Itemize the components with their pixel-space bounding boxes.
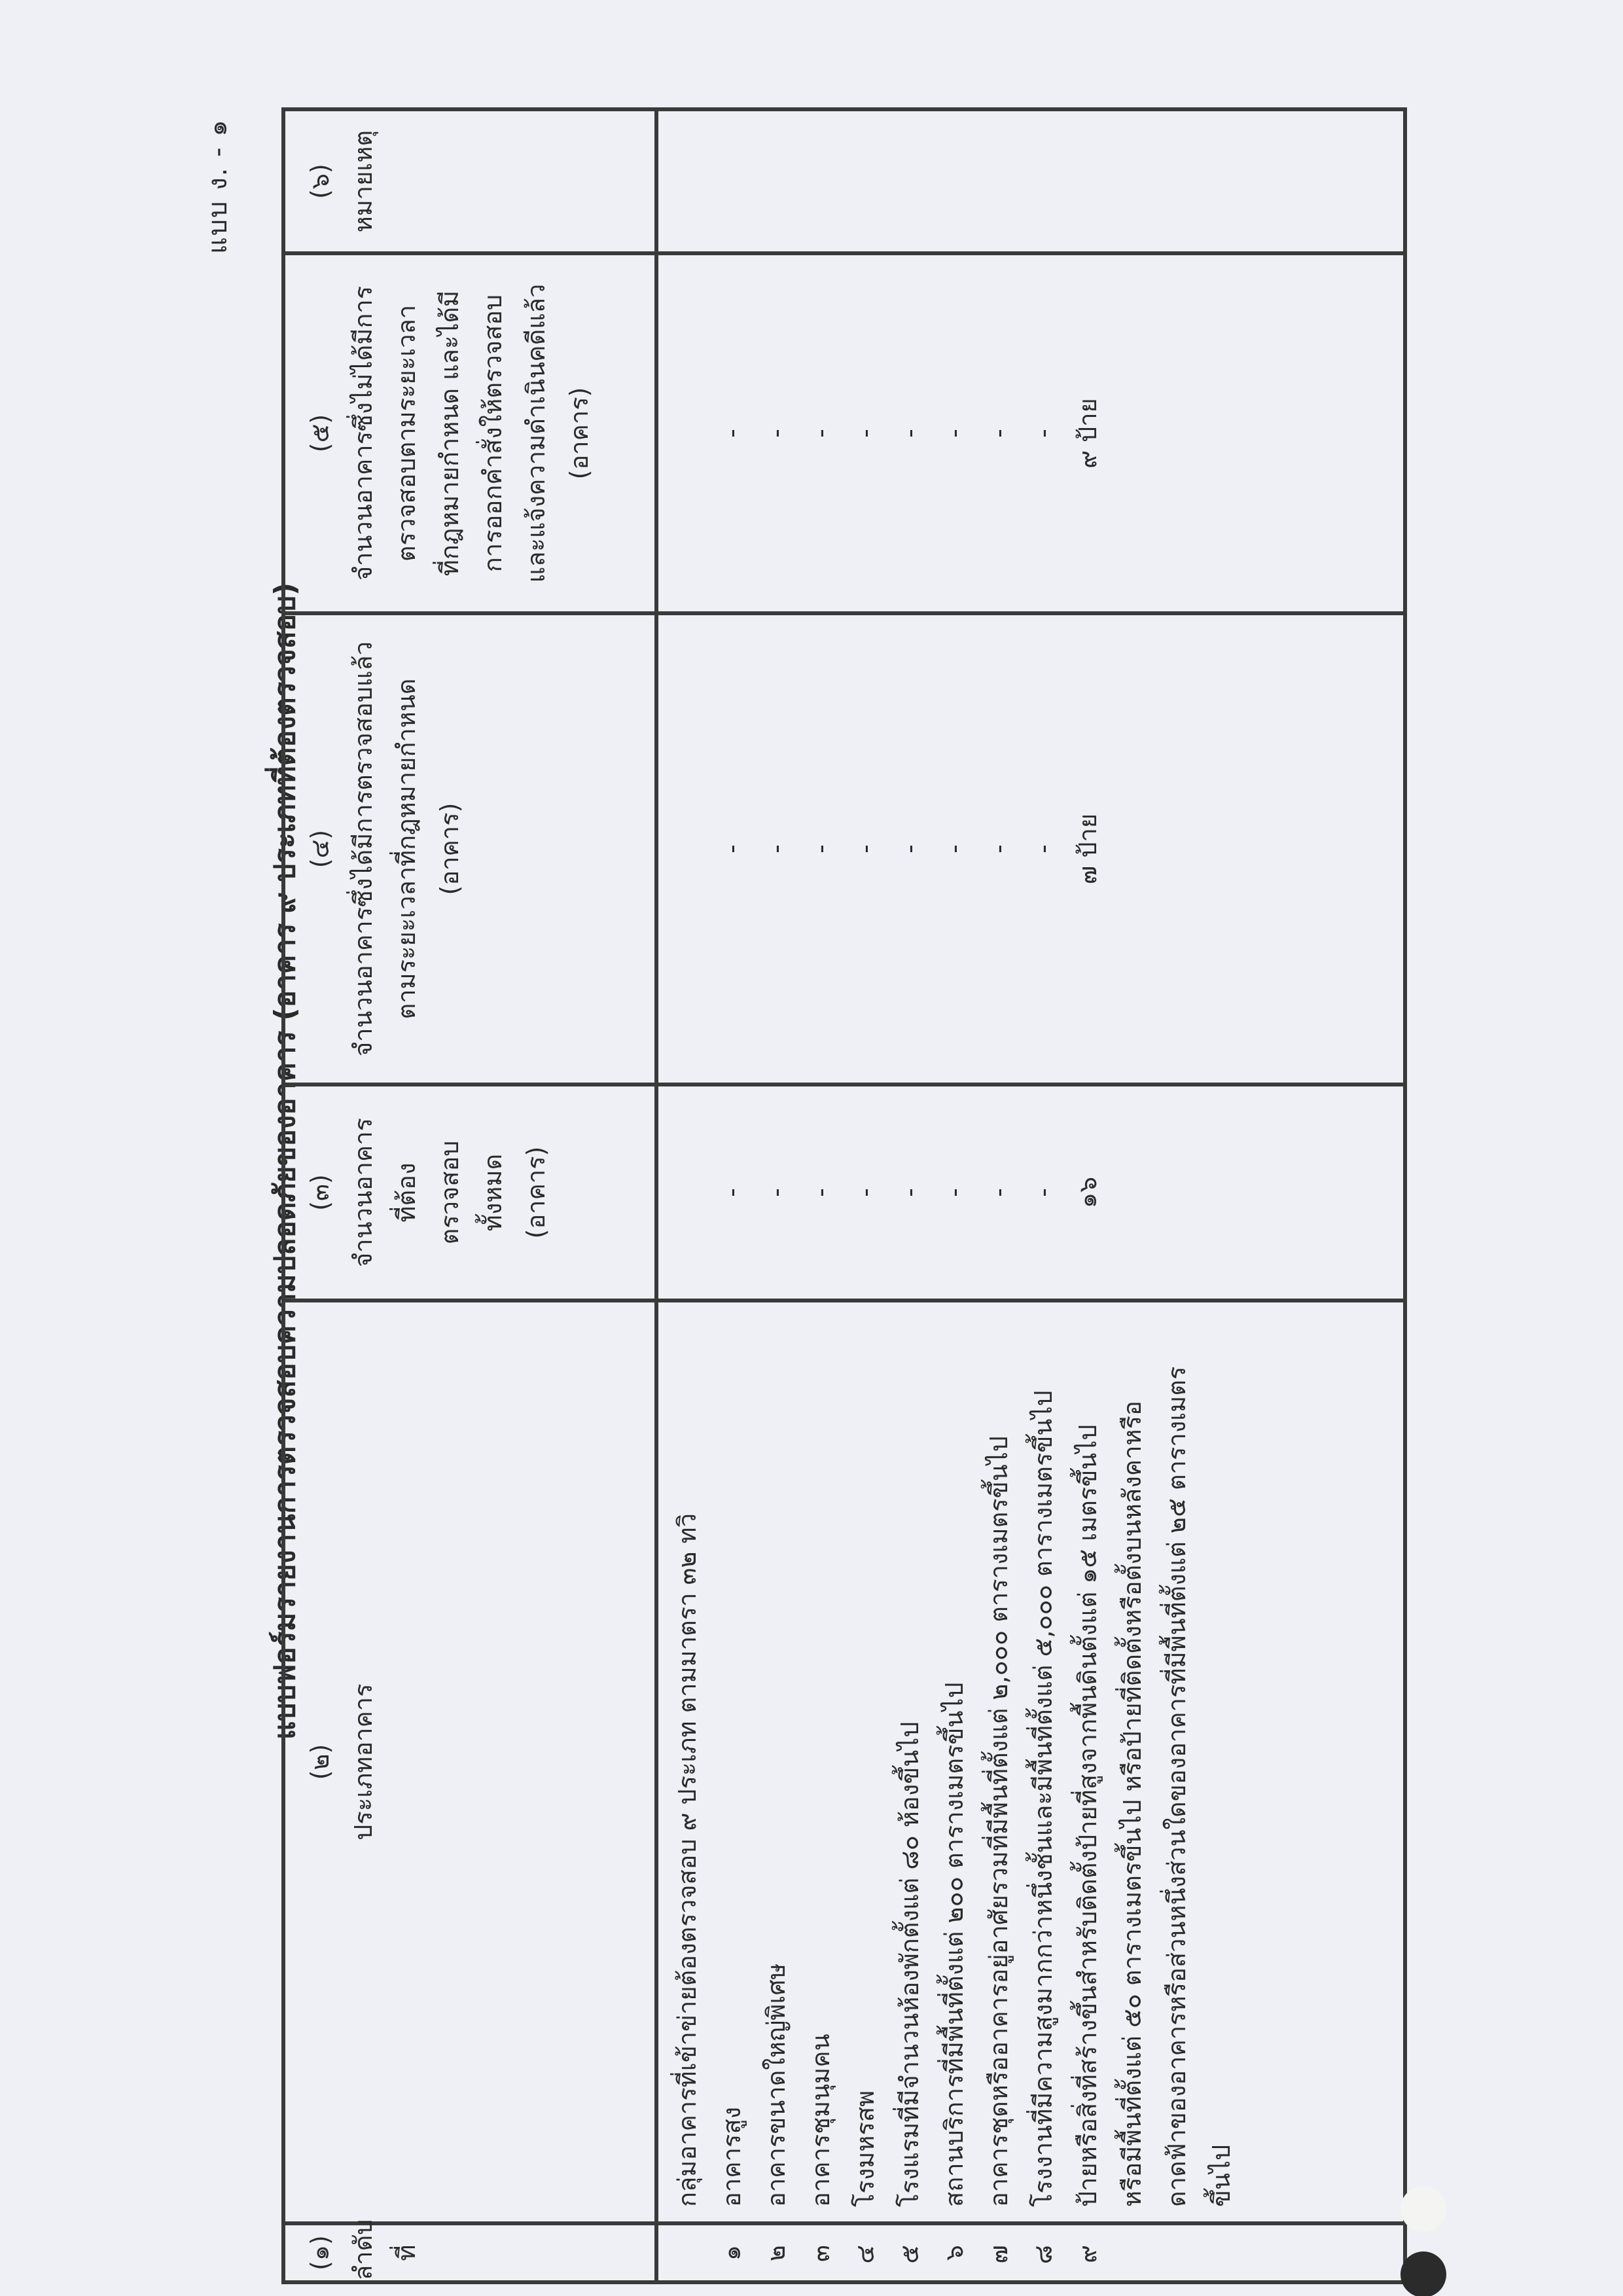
cell-spacer	[1154, 111, 1199, 251]
header-label: ประเภทอาคาร	[342, 1302, 385, 2221]
cell-spacer	[1110, 111, 1154, 251]
header-col-2: (๒)ประเภทอาคาร	[283, 1300, 656, 2223]
header-label: ที่ต้อง	[385, 1086, 428, 1299]
not-inspected-count: -	[754, 255, 798, 611]
row-number: ๑	[709, 2225, 754, 2280]
form-code: แบบ ง. - ๑	[196, 118, 238, 254]
header-label: และแจ้งความดำเนินคดีแล้ว	[514, 255, 558, 611]
row-number: ๘	[1021, 2225, 1065, 2280]
building-type: สถานบริการที่มีพื้นที่ตั้งแต่ ๒๐๐ ตารางเ…	[932, 1302, 976, 2221]
header-label: จำนวนอาคารซึ่งไม่ได้มีการ	[342, 255, 385, 611]
row-number: ๕	[887, 2225, 932, 2280]
cell-spacer	[1199, 2225, 1243, 2280]
cell-spacer	[1110, 1086, 1154, 1299]
building-type: อาคารสูง	[709, 1302, 754, 2221]
cell-spacer	[1199, 615, 1243, 1083]
cell-value	[665, 111, 709, 251]
building-type: โรงมหรสพ	[843, 1302, 887, 2221]
building-type: ป้ายหรือสิ่งที่สร้างขึ้นสำหรับติดตั้งป้า…	[1065, 1302, 1110, 2221]
cell-spacer	[1154, 255, 1199, 611]
remark	[932, 111, 976, 251]
header-label: (อาคาร)	[514, 1086, 558, 1299]
remark	[1065, 111, 1110, 251]
punch-hole	[1400, 2186, 1446, 2232]
header-label: ตรวจสอบตามระยะเวลา	[385, 255, 428, 611]
cell-value	[665, 615, 709, 1083]
inspected-count: -	[1021, 615, 1065, 1083]
remark	[976, 111, 1021, 251]
remark	[887, 111, 932, 251]
header-number: (๔)	[298, 615, 342, 1083]
not-inspected-count: -	[843, 255, 887, 611]
total-count: -	[932, 1086, 976, 1299]
header-col-3: (๓)จำนวนอาคารที่ต้องตรวจสอบทั้งหมด(อาคาร…	[283, 1085, 656, 1300]
total-count: -	[887, 1086, 932, 1299]
building-type: โรงงานที่มีความสูงมากกว่าหนึ่งชั้นและมีพ…	[1021, 1302, 1065, 2221]
cell-spacer	[1199, 111, 1243, 251]
total-count: -	[754, 1086, 798, 1299]
inspected-count: -	[843, 615, 887, 1083]
not-inspected-count: ๙ ป้าย	[1065, 255, 1110, 611]
inspected-count-column: --------๗ ป้าย	[656, 613, 1405, 1085]
header-col-1: (๑)ลำดับที่	[283, 2223, 656, 2282]
remark	[1021, 111, 1065, 251]
cell-spacer	[1199, 255, 1243, 611]
total-count: -	[1021, 1086, 1065, 1299]
inspected-count: -	[798, 615, 843, 1083]
punch-hole	[1400, 2251, 1446, 2296]
building-type: อาคารชุมนุมคน	[798, 1302, 843, 2221]
header-number: (๖)	[298, 111, 342, 251]
cell-spacer	[1154, 2225, 1199, 2280]
header-label: ที่	[385, 2225, 428, 2280]
header-label: (อาคาร)	[428, 615, 471, 1083]
cell-spacer	[1110, 2225, 1154, 2280]
total-count: -	[976, 1086, 1021, 1299]
cell-value	[665, 1086, 709, 1299]
building-type: อาคารชุดหรืออาคารอยู่อาศัยรวมที่มีพื้นที…	[976, 1302, 1021, 2221]
inspected-count: -	[887, 615, 932, 1083]
row-number: ๒	[754, 2225, 798, 2280]
row-number	[665, 2225, 709, 2280]
not-inspected-count: -	[709, 255, 754, 611]
total-count: -	[798, 1086, 843, 1299]
inspected-count: ๗ ป้าย	[1065, 615, 1110, 1083]
body-row: ๑๒๓๔๕๖๗๘๙ กลุ่มอาคารที่เข้าข่ายต้องตรวจส…	[656, 109, 1405, 2282]
cell-spacer	[1199, 1086, 1243, 1299]
row-number: ๔	[843, 2225, 887, 2280]
form-page: แบบ ง. - ๑ แบบฟอร์มรายงานการตรวจสอบความป…	[0, 0, 1623, 2296]
not-inspected-count: -	[1021, 255, 1065, 611]
not-inspected-count: -	[976, 255, 1021, 611]
header-number: (๕)	[298, 255, 342, 611]
header-col-6: (๖)หมายเหตุ	[283, 109, 656, 253]
building-type: อาคารขนาดใหญ่พิเศษ	[754, 1302, 798, 2221]
inspected-count: -	[754, 615, 798, 1083]
header-number: (๒)	[298, 1302, 342, 2221]
header-label: ที่กฎหมายกำหนด และได้มี	[428, 255, 471, 611]
header-number: (๑)	[298, 2225, 342, 2280]
inspected-count: -	[932, 615, 976, 1083]
total-count: -	[709, 1086, 754, 1299]
header-label: การออกคำสั่งให้ตรวจสอบ	[471, 255, 514, 611]
row-numbers: ๑๒๓๔๕๖๗๘๙	[656, 2223, 1405, 2282]
not-inspected-count: -	[798, 255, 843, 611]
inspected-count: -	[709, 615, 754, 1083]
building-type: หรือมีพื้นที่ตั้งแต่ ๕๐ ตารางเมตรขึ้นไป …	[1110, 1302, 1154, 2221]
not-inspected-count: -	[887, 255, 932, 611]
row-number: ๓	[798, 2225, 843, 2280]
header-col-5: (๕)จำนวนอาคารซึ่งไม่ได้มีการตรวจสอบตามระ…	[283, 253, 656, 613]
row-number: ๖	[932, 2225, 976, 2280]
remarks-column	[656, 109, 1405, 253]
total-count-column: --------๑๖	[656, 1085, 1405, 1300]
header-label: ตรวจสอบ	[428, 1086, 471, 1299]
header-label: (อาคาร)	[558, 255, 601, 611]
header-row: (๑)ลำดับที่ (๒)ประเภทอาคาร (๓)จำนวนอาคาร…	[283, 109, 656, 2282]
remark	[754, 111, 798, 251]
header-label: ลำดับ	[342, 2225, 385, 2280]
header-label: ตามระยะเวลาที่กฎหมายกำหนด	[385, 615, 428, 1083]
building-type: ดาดฟ้าของอาคารหรือส่วนหนึ่งส่วนใดของอาคา…	[1154, 1302, 1199, 2221]
row-number: ๗	[976, 2225, 1021, 2280]
report-table: (๑)ลำดับที่ (๒)ประเภทอาคาร (๓)จำนวนอาคาร…	[281, 107, 1407, 2284]
remark	[709, 111, 754, 251]
building-type: โรงแรมที่มีจำนวนห้องพักตั้งแต่ ๘๐ ห้องขึ…	[887, 1302, 932, 2221]
remark	[843, 111, 887, 251]
building-type: ขึ้นไป	[1199, 1302, 1243, 2221]
cell-value	[665, 255, 709, 611]
header-label: จำนวนอาคาร	[342, 1086, 385, 1299]
cell-spacer	[1154, 615, 1199, 1083]
header-number: (๓)	[298, 1086, 342, 1299]
total-count: -	[843, 1086, 887, 1299]
inspected-count: -	[976, 615, 1021, 1083]
total-count: ๑๖	[1065, 1086, 1110, 1299]
cell-spacer	[1110, 255, 1154, 611]
header-label: ทั้งหมด	[471, 1086, 514, 1299]
header-label: จำนวนอาคารซึ่งได้มีการตรวจสอบแล้ว	[342, 615, 385, 1083]
not-inspected-count: -	[932, 255, 976, 611]
header-label: หมายเหตุ	[342, 111, 385, 251]
not-inspected-count-column: --------๙ ป้าย	[656, 253, 1405, 613]
group-heading: กลุ่มอาคารที่เข้าข่ายต้องตรวจสอบ ๙ ประเภ…	[665, 1302, 709, 2221]
remark	[798, 111, 843, 251]
header-col-4: (๔)จำนวนอาคารซึ่งได้มีการตรวจสอบแล้วตามร…	[283, 613, 656, 1085]
cell-spacer	[1154, 1086, 1199, 1299]
row-number: ๙	[1065, 2225, 1110, 2280]
cell-spacer	[1110, 615, 1154, 1083]
building-types: กลุ่มอาคารที่เข้าข่ายต้องตรวจสอบ ๙ ประเภ…	[656, 1300, 1405, 2223]
